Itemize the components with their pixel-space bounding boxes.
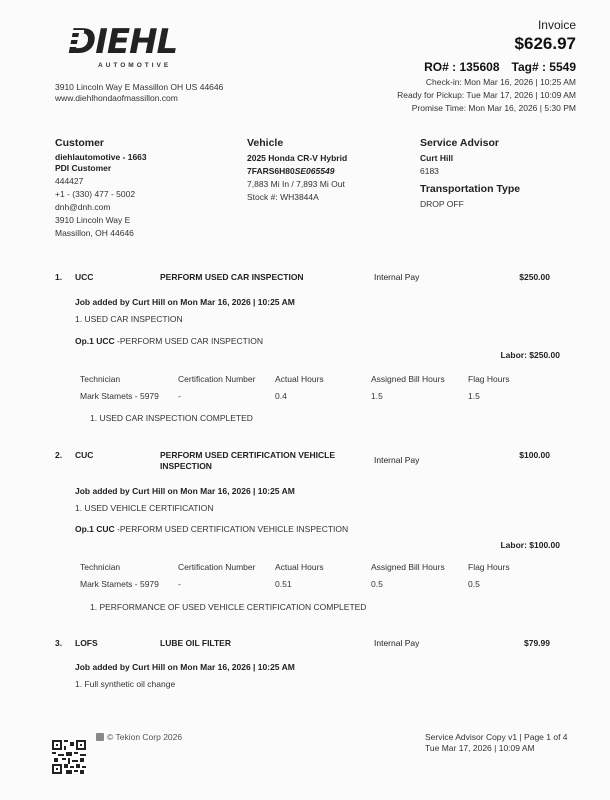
vehicle-stock: Stock #: WH3844A — [247, 191, 347, 204]
customer-type: PDI Customer — [55, 163, 147, 174]
job-code: UCC — [75, 272, 93, 282]
labor-total: Labor: $100.00 — [500, 540, 560, 550]
job-concern: 1. USED VEHICLE CERTIFICATION — [75, 503, 214, 513]
job-number: 2. — [55, 450, 62, 460]
th-assigned-bill-hours: Assigned Bill Hours — [371, 374, 445, 384]
printed-timestamp: Tue Mar 17, 2026 | 10:09 AM — [425, 743, 568, 754]
job-pay-type: Internal Pay — [374, 272, 419, 282]
ready-for-pickup-time: Ready for Pickup: Tue Mar 17, 2026 | 10:… — [397, 89, 576, 102]
dealer-contact: 3910 Lincoln Way E Massillon OH US 44646… — [55, 82, 223, 104]
vehicle-title: Vehicle — [247, 137, 347, 149]
job-operation: Op.1 CUC -PERFORM USED CERTIFICATION VEH… — [75, 524, 348, 534]
customer-city: Massillon, OH 44646 — [55, 227, 147, 240]
tech-assigned-bill-hours: 0.5 — [371, 579, 383, 589]
op-description: -PERFORM USED CAR INSPECTION — [115, 336, 263, 346]
job-description: PERFORM USED CERTIFICATION VEHICLE INSPE… — [160, 450, 350, 472]
advisor-name: Curt Hill — [420, 152, 499, 165]
dealer-website: www.diehlhondaofmassillon.com — [55, 93, 223, 104]
copyright-text: © Tekion Corp 2026 — [107, 732, 182, 742]
tech-certification: - — [178, 579, 181, 589]
th-actual-hours: Actual Hours — [275, 562, 324, 572]
th-actual-hours: Actual Hours — [275, 374, 324, 384]
copy-page-info: Service Advisor Copy v1 | Page 1 of 4 — [425, 732, 568, 743]
th-certification: Certification Number — [178, 374, 255, 384]
job-operation: Op.1 UCC -PERFORM USED CAR INSPECTION — [75, 336, 263, 346]
service-times: Check-in: Mon Mar 16, 2026 | 10:25 AM Re… — [397, 76, 576, 115]
job-completion-note: 1. USED CAR INSPECTION COMPLETED — [90, 413, 253, 423]
promise-time: Promise Time: Mon Mar 16, 2026 | 5:30 PM — [397, 102, 576, 115]
footer-page-info: Service Advisor Copy v1 | Page 1 of 4 Tu… — [425, 732, 568, 754]
invoice-label: Invoice — [515, 18, 576, 32]
job-added-info: Job added by Curt Hill on Mon Mar 16, 20… — [75, 486, 295, 496]
advisor-section: Service Advisor Curt Hill 6183 — [420, 137, 499, 178]
customer-id: 444427 — [55, 175, 147, 188]
qr-code — [52, 740, 86, 774]
vehicle-section: Vehicle 2025 Honda CR-V Hybrid 7FARS6H80… — [247, 137, 347, 204]
advisor-title: Service Advisor — [420, 137, 499, 149]
tech-certification: - — [178, 391, 181, 401]
tech-actual-hours: 0.51 — [275, 579, 292, 589]
th-flag-hours: Flag Hours — [468, 374, 510, 384]
tech-name: Mark Stamets - 5979 — [80, 579, 159, 589]
customer-title: Customer — [55, 137, 147, 149]
labor-total: Labor: $250.00 — [500, 350, 560, 360]
job-number: 1. — [55, 272, 62, 282]
job-amount: $100.00 — [519, 450, 550, 460]
op-description: -PERFORM USED CERTIFICATION VEHICLE INSP… — [115, 524, 348, 534]
job-added-info: Job added by Curt Hill on Mon Mar 16, 20… — [75, 297, 295, 307]
dealer-address: 3910 Lincoln Way E Massillon OH US 44646 — [55, 82, 223, 93]
ro-number: RO# : 135608 — [424, 60, 499, 74]
tech-actual-hours: 0.4 — [275, 391, 287, 401]
vin-prefix: 7FARS6H80 — [247, 166, 295, 176]
transport-section: Transportation Type DROP OFF — [420, 183, 520, 211]
job-pay-type: Internal Pay — [374, 638, 419, 648]
vehicle-model: 2025 Honda CR-V Hybrid — [247, 152, 347, 165]
transport-title: Transportation Type — [420, 183, 520, 195]
job-description: LUBE OIL FILTER — [160, 638, 350, 649]
tech-flag-hours: 0.5 — [468, 579, 480, 589]
tekion-logo-icon — [96, 733, 104, 741]
job-amount: $250.00 — [519, 272, 550, 282]
transport-value: DROP OFF — [420, 198, 520, 211]
tech-flag-hours: 1.5 — [468, 391, 480, 401]
job-pay-type: Internal Pay — [374, 455, 419, 465]
job-number: 3. — [55, 638, 62, 648]
ro-tag-line: RO# : 135608Tag# : 5549 — [424, 60, 576, 74]
vehicle-vin: 7FARS6H80SE065549 — [247, 165, 347, 178]
job-code: LOFS — [75, 638, 98, 648]
customer-email: dnh@dnh.com — [55, 201, 147, 214]
invoice-header: Invoice $626.97 — [515, 18, 576, 54]
op-code: Op.1 UCC — [75, 336, 115, 346]
dealer-logo: DIEHL — [68, 22, 177, 62]
tag-number: Tag# : 5549 — [512, 60, 576, 74]
vin-suffix: SE065549 — [295, 166, 335, 176]
invoice-total: $626.97 — [515, 34, 576, 54]
dealer-logo-subtext: AUTOMOTIVE — [98, 62, 171, 69]
job-amount: $79.99 — [524, 638, 550, 648]
job-added-info: Job added by Curt Hill on Mon Mar 16, 20… — [75, 662, 295, 672]
tech-name: Mark Stamets - 5979 — [80, 391, 159, 401]
customer-section: Customer diehlautomotive - 1663 PDI Cust… — [55, 137, 147, 240]
th-flag-hours: Flag Hours — [468, 562, 510, 572]
customer-street: 3910 Lincoln Way E — [55, 214, 147, 227]
th-certification: Certification Number — [178, 562, 255, 572]
customer-name: diehlautomotive - 1663 — [55, 152, 147, 163]
job-concern: 1. Full synthetic oil change — [75, 679, 175, 689]
tech-assigned-bill-hours: 1.5 — [371, 391, 383, 401]
check-in-time: Check-in: Mon Mar 16, 2026 | 10:25 AM — [397, 76, 576, 89]
op-code: Op.1 CUC — [75, 524, 115, 534]
th-assigned-bill-hours: Assigned Bill Hours — [371, 562, 445, 572]
th-technician: Technician — [80, 374, 120, 384]
job-concern: 1. USED CAR INSPECTION — [75, 314, 183, 324]
advisor-id: 6183 — [420, 165, 499, 178]
job-completion-note: 1. PERFORMANCE OF USED VEHICLE CERTIFICA… — [90, 602, 366, 612]
customer-phone: +1 - (330) 477 - 5002 — [55, 188, 147, 201]
footer-copyright: © Tekion Corp 2026 — [96, 732, 182, 742]
vehicle-mileage: 7,883 Mi In / 7,893 Mi Out — [247, 178, 347, 191]
job-code: CUC — [75, 450, 93, 460]
job-description: PERFORM USED CAR INSPECTION — [160, 272, 350, 283]
logo-stripes-decoration — [62, 30, 84, 56]
th-technician: Technician — [80, 562, 120, 572]
